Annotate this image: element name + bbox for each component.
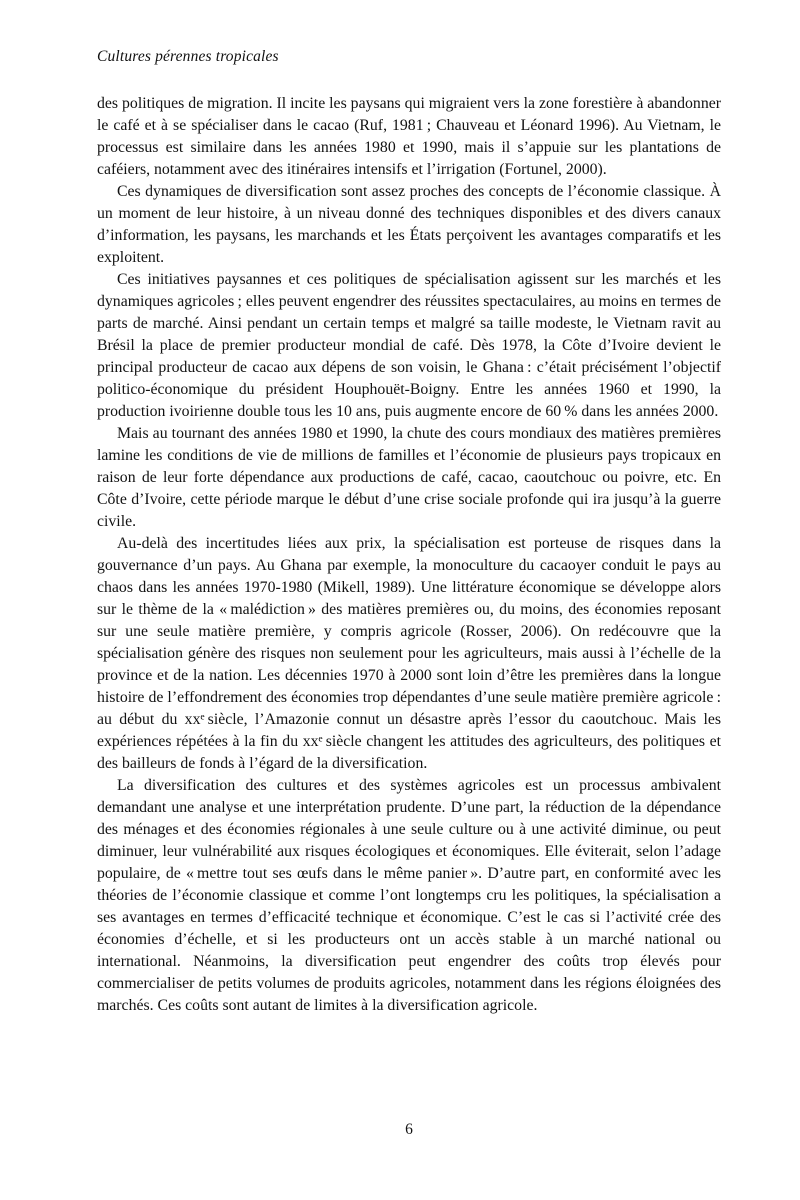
document-page: Cultures pérennes tropicales des politiq… bbox=[0, 0, 800, 1200]
paragraph-chute-des-cours: Mais au tournant des années 1980 et 1990… bbox=[97, 423, 721, 533]
paragraph-dynamiques-diversification: Ces dynamiques de diversification sont a… bbox=[97, 181, 721, 269]
paragraph-continuation: des politiques de migration. Il incite l… bbox=[97, 93, 721, 181]
paragraph-diversification-ambivalente: La diversification des cultures et des s… bbox=[97, 775, 721, 1017]
running-head: Cultures pérennes tropicales bbox=[97, 48, 279, 66]
page-number: 6 bbox=[97, 1120, 721, 1140]
paragraph-initiatives-paysannes: Ces initiatives paysannes et ces politiq… bbox=[97, 269, 721, 423]
text-block: des politiques de migration. Il incite l… bbox=[97, 93, 721, 1017]
paragraph-malediction-matieres-premieres: Au-delà des incertitudes liées aux prix,… bbox=[97, 533, 721, 775]
